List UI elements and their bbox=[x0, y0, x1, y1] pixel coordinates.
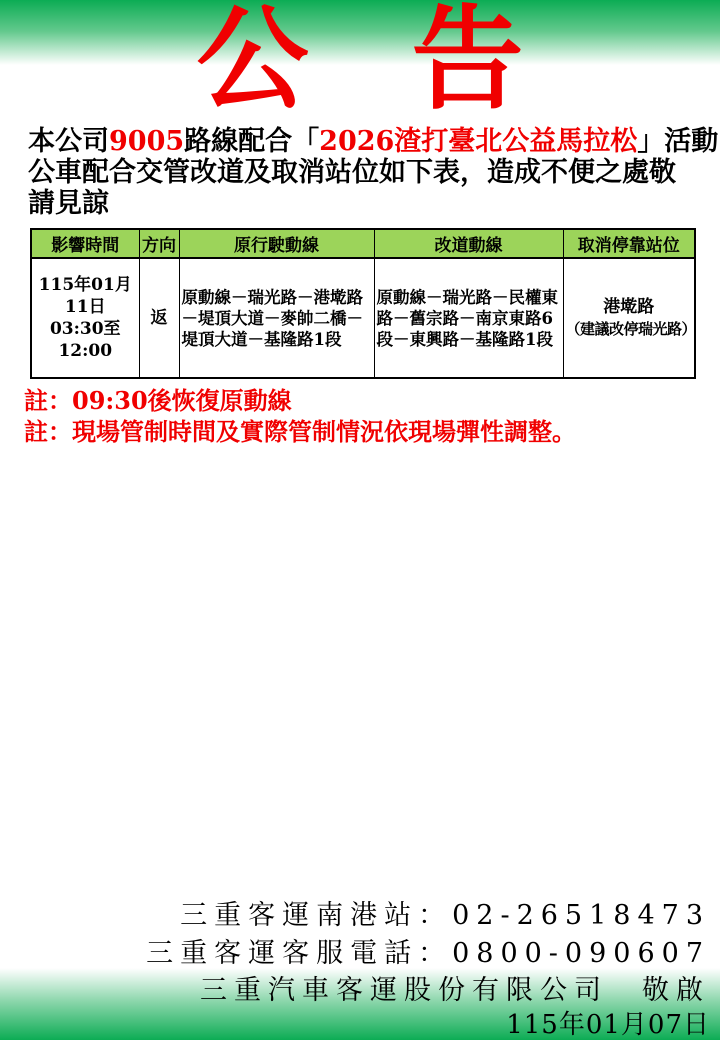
column-header-original-route: 原行駛動線 bbox=[179, 229, 374, 258]
intro-line-1: 本公司9005路線配合「2026渣打臺北公益馬拉松」活動 bbox=[28, 126, 704, 157]
diversion-table: 影響時間 方向 原行駛動線 改道動線 取消停靠站位 115年01月11日 03:… bbox=[30, 228, 696, 379]
affected-date: 115年01月11日 bbox=[34, 274, 137, 318]
cancelled-stop-hint: （建議改停瑞光路） bbox=[566, 318, 693, 340]
cell-affected-time: 115年01月11日 03:30至12:00 bbox=[31, 258, 139, 378]
note-onsite-control: 註：現場管制時間及實際管制情況依現場彈性調整。 bbox=[24, 417, 704, 448]
table-header-row: 影響時間 方向 原行駛動線 改道動線 取消停靠站位 bbox=[31, 229, 695, 258]
footer-nangang-station-phone: 三重客運南港站：02-26518473 bbox=[146, 897, 710, 935]
table-row: 115年01月11日 03:30至12:00 返 原動線－瑞光路－港墘路－堤頂大… bbox=[31, 258, 695, 378]
cell-detour-route: 原動線－瑞光路－民權東路－舊宗路－南京東路6段－東興路－基隆路1段 bbox=[374, 258, 563, 378]
affected-hours: 03:30至12:00 bbox=[34, 318, 137, 362]
column-header-affected-time: 影響時間 bbox=[31, 229, 139, 258]
cell-original-route: 原動線－瑞光路－港墘路－堤頂大道－麥帥二橋－堤頂大道－基隆路1段 bbox=[179, 258, 374, 378]
intro-paragraph: 本公司9005路線配合「2026渣打臺北公益馬拉松」活動 公車配合交管改道及取消… bbox=[28, 126, 704, 219]
intro-line-3: 請見諒 bbox=[28, 188, 704, 219]
footer-company-signature: 三重汽車客運股份有限公司 敬啟 bbox=[146, 972, 710, 1010]
footer-date: 115年01月07日 bbox=[146, 1010, 710, 1040]
cell-direction: 返 bbox=[139, 258, 179, 378]
footer-contact-block: 三重客運南港站：02-26518473 三重客運客服電話：0800-090607… bbox=[146, 897, 710, 1040]
notes-block: 註：09:30後恢復原動線 註：現場管制時間及實際管制情況依現場彈性調整。 bbox=[24, 386, 704, 447]
column-header-detour-route: 改道動線 bbox=[374, 229, 563, 258]
column-header-direction: 方向 bbox=[139, 229, 179, 258]
announcement-title: 公 告 bbox=[0, 0, 720, 126]
intro-line-2: 公車配合交管改道及取消站位如下表，造成不便之處敬 bbox=[28, 157, 704, 188]
note-restore-route: 註：09:30後恢復原動線 bbox=[24, 386, 704, 417]
cancelled-stop-name: 港墘路 bbox=[566, 296, 693, 318]
column-header-cancelled-stops: 取消停靠站位 bbox=[563, 229, 695, 258]
footer-customer-service-phone: 三重客運客服電話：0800-090607 bbox=[146, 935, 710, 973]
cell-cancelled-stops: 港墘路 （建議改停瑞光路） bbox=[563, 258, 695, 378]
